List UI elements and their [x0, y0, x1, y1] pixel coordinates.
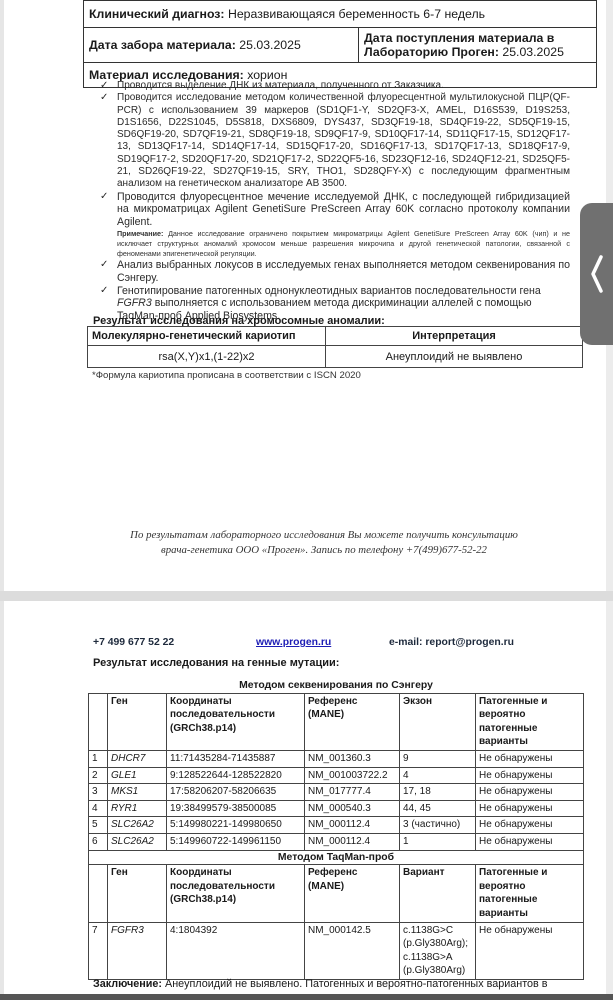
sanger-header-row: Ген Координаты последовательности (GRCh3… [89, 693, 584, 750]
checkmark-icon: ✓ [100, 259, 108, 272]
patient-info-table: Клинический диагноз: Неразвивающаяся бер… [83, 0, 597, 88]
note-label: Примечание: [117, 229, 163, 238]
method-item: ✓ Проводится исследование методом количе… [100, 92, 570, 190]
chevron-left-icon [590, 254, 604, 294]
table-row: 3 MKS1 17:58206207-58206635 NM_017777.4 … [89, 784, 584, 801]
conclusion: Заключение: Анеуплоидий не выявлено. Пат… [93, 978, 548, 990]
table-row: 7 FGFR3 4:1804392 NM_000142.5 c.1138G>C … [89, 922, 584, 979]
collection-date-cell: Дата забора материала: 25.03.2025 [84, 28, 359, 63]
previous-page-tab[interactable] [580, 203, 613, 345]
viewer-right-edge [606, 0, 613, 1000]
table-row: 6 SLC26A2 5:149960722-149961150 NM_00011… [89, 833, 584, 850]
note-text: Данное исследование ограничено покрытием… [117, 229, 570, 258]
checkmark-icon: ✓ [100, 80, 108, 92]
variant-cell: c.1138G>C (p.Gly380Arg); c.1138G>A (p.Gl… [400, 922, 476, 979]
interpretation-header: Интерпретация [326, 327, 583, 346]
clinical-diagnosis-value: Неразвивающаяся беременность 6-7 недель [228, 7, 485, 21]
checkmark-icon: ✓ [100, 285, 108, 298]
gene-mutations-table: Методом секвенирования по Сэнгеру Ген Ко… [88, 679, 584, 980]
taqman-method-title: Методом TaqMan-проб [89, 850, 584, 865]
consultation-note: По результатам лабораторного исследовани… [109, 528, 539, 558]
sanger-method-title: Методом секвенирования по Сэнгеру [89, 679, 584, 693]
karyotype-value: rsa(X,Y)x1,(1-22)x2 [88, 346, 326, 368]
collection-date-label: Дата забора материала: [89, 38, 236, 52]
method-item: ✓ Проводится выделение ДНК из материала,… [100, 80, 570, 92]
email-address: e-mail: report@progen.ru [389, 637, 514, 648]
table-row: 1 DHCR7 11:71435284-71435887 NM_001360.3… [89, 750, 584, 767]
interpretation-value: Анеуплоидий не выявлено [326, 346, 583, 368]
gene-mutations-title: Результат исследования на генные мутации… [93, 657, 339, 669]
table-row: 5 SLC26A2 5:149980221-149980650 NM_00011… [89, 817, 584, 834]
table-row: 4 RYR1 19:38499579-38500085 NM_000540.3 … [89, 800, 584, 817]
method-item: ✓ Анализ выбранных локусов в исследуемых… [100, 259, 570, 284]
checkmark-icon: ✓ [100, 191, 108, 204]
taqman-header-row: Ген Координаты последовательности (GRCh3… [89, 865, 584, 922]
clinical-diagnosis-label: Клинический диагноз: [89, 7, 225, 21]
page-gap [0, 591, 613, 601]
karyotype-header: Молекулярно-генетический кариотип [88, 327, 326, 346]
gene-name: FGFR3 [117, 297, 152, 309]
clinical-diagnosis-cell: Клинический диагноз: Неразвивающаяся бер… [84, 1, 597, 28]
checkmark-icon: ✓ [100, 92, 108, 104]
conclusion-label: Заключение: [93, 978, 162, 990]
chromosome-result-table: Молекулярно-генетический кариотип Интерп… [87, 326, 583, 368]
receipt-date-value: 25.03.2025 [502, 45, 564, 59]
conclusion-text: Анеуплоидий не выявлено. Патогенных и ве… [165, 978, 548, 990]
bottom-bar [0, 994, 613, 1000]
collection-date-value: 25.03.2025 [239, 38, 301, 52]
karyotype-footnote: *Формула кариотипа прописана в соответст… [92, 370, 361, 381]
method-item: ✓ Проводится флуоресцентное мечение иссл… [100, 191, 570, 260]
table-row: 2 GLE1 9:128522644-128522820 NM_00100372… [89, 767, 584, 784]
methods-list: ✓ Проводится выделение ДНК из материала,… [100, 80, 570, 322]
document-page-1: Клинический диагноз: Неразвивающаяся бер… [4, 0, 606, 591]
phone-number: +7 499 677 52 22 [93, 637, 174, 648]
document-page-2: +7 499 677 52 22 www.progen.ru e-mail: r… [4, 601, 606, 1000]
method-note: Примечание: Данное исследование ограниче… [117, 229, 570, 259]
website-link[interactable]: www.progen.ru [256, 637, 331, 648]
receipt-date-cell: Дата поступления материала в Лабораторию… [359, 28, 597, 63]
